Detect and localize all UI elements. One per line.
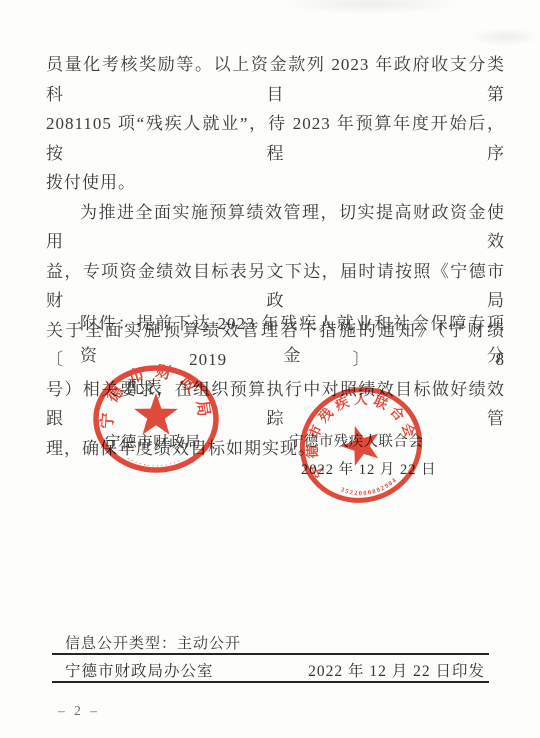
scan-smudge bbox=[470, 28, 540, 46]
page-number: – 2 – bbox=[58, 703, 100, 719]
text-line: 为推进全面实施预算绩效管理，切实提高财政资金使用效 bbox=[46, 198, 505, 257]
text-line: 益，专项资金绩效目标表另文下达，届时请按照《宁德市财政局 bbox=[46, 257, 505, 316]
paragraph-1: 员量化考核奖励等。以上资金款列 2023 年政府收支分类科目第2081105 项… bbox=[46, 50, 505, 198]
divider bbox=[52, 681, 489, 683]
text-line: 员量化考核奖励等。以上资金款列 2023 年政府收支分类科目第 bbox=[46, 50, 505, 109]
official-seal-finance-bureau: 宁德市财政局 ············· bbox=[91, 364, 221, 474]
text-line: 附件：提前下达 2023 年残疾人就业和社会保障专项资金分 bbox=[80, 308, 505, 372]
footer-row: 宁德市财政局办公室 2022 年 12 月 22 日印发 bbox=[65, 659, 485, 681]
document-page: 员量化考核奖励等。以上资金款列 2023 年政府收支分类科目第2081105 项… bbox=[0, 0, 540, 738]
star-icon bbox=[336, 420, 386, 469]
print-date: 2022 年 12 月 22 日印发 bbox=[308, 659, 485, 681]
scan-smudge bbox=[280, 0, 460, 14]
star-icon bbox=[134, 393, 178, 435]
divider bbox=[52, 653, 489, 655]
text-line: 2081105 项“残疾人就业”，待 2023 年预算年度开始后，按程序 bbox=[46, 109, 505, 168]
seal-svg: 宁德市财政局 ············· bbox=[91, 364, 221, 474]
text-line: 拨付使用。 bbox=[46, 168, 505, 198]
issuing-office: 宁德市财政局办公室 bbox=[65, 659, 214, 681]
info-disclosure-type: 信息公开类型：主动公开 bbox=[65, 632, 241, 653]
